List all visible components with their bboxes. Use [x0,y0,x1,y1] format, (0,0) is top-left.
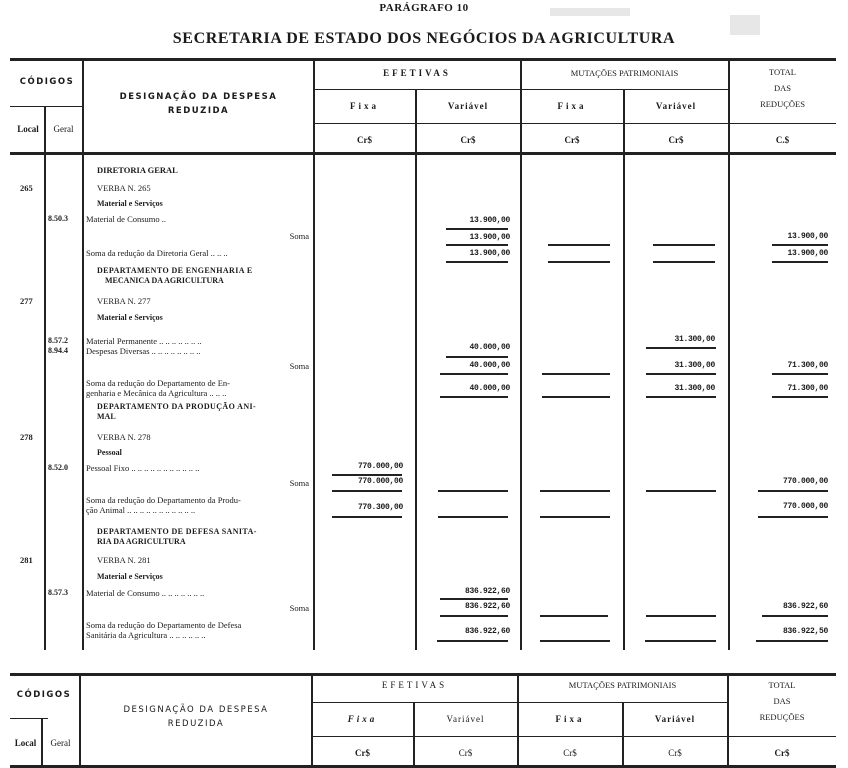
currency-mutacoes-fixa: Cr$ [521,135,623,145]
category-label: Pessoal [97,448,122,457]
department-title: DEPARTAMENTO DE ENGENHARIA E MECANICA DA… [97,266,309,286]
category-label: Material e Serviços [97,199,163,208]
underline [548,261,610,263]
underline [653,244,715,246]
header-mutacoes: MUTAÇÕES PATRIMONIAIS [518,680,727,690]
body-divider-total [728,155,730,650]
reducao-label-line1: Soma da redução do Departamento de En- [86,378,311,388]
header-efetivas-fixa: Fixa [314,101,415,111]
underline [542,396,610,398]
scan-artifact [550,8,630,16]
header-geral: Geral [45,124,82,134]
underline [446,356,508,358]
soma-total: 13.900,00 [738,232,828,241]
underline [440,598,508,600]
soma-label: Soma [200,231,309,241]
header-designacao-1: DESIGNAÇÃO DA DESPESA [81,705,311,715]
department-title-line1: DEPARTAMENTO DE ENGENHARIA E [97,266,309,276]
value-efetivas-variavel: 836.922,60 [420,587,510,596]
header-efetivas-fixa: Fixa [312,714,413,724]
value-efetivas-fixa: 770.000,00 [313,462,403,471]
underline [646,347,716,349]
department-title-line2: RIA DA AGRICULTURA [97,537,309,547]
header-efetivas: EFETIVAS [312,680,517,690]
item-label: Material de Consumo .. [86,214,166,224]
body-divider-geral [82,155,84,650]
department-title-line2: MAL [97,412,309,422]
footer-header-top-rule [10,673,836,676]
geral-code: 8.57.2 [48,336,68,345]
currency-efetivas-variavel: Cr$ [416,135,520,145]
geral-code: 8.94.4 [48,346,68,355]
soma-total: 836.922,60 [738,602,828,611]
soma-label: Soma [200,603,309,613]
underline [540,615,608,617]
underline [540,516,610,518]
currency-efetivas-fixa: Cr$ [314,135,415,145]
scan-artifact [730,15,760,35]
currency-efetivas-variavel: Cr$ [414,748,517,758]
underline [540,490,610,492]
reducao-total: 13.900,00 [738,249,828,258]
underline [548,244,610,246]
item-label: Material Permanente .. .. .. .. .. .. .. [86,336,202,346]
header-local: Local [10,738,41,748]
header-top-rule [10,58,836,61]
subhead-divider [312,702,727,703]
underline [758,516,828,518]
value-mutacoes-variavel: 31.300,00 [625,335,715,344]
department-title: DIRETORIA GERAL [97,165,178,175]
underline [446,228,508,230]
reducao-efetivas-fixa: 770.300,00 [313,503,403,512]
underline [772,373,828,375]
reducao-mutacoes-variavel: 31.300,00 [625,384,715,393]
footer-header-bottom-rule [10,765,836,768]
underline [762,615,828,617]
reducao-label: Soma da redução da Diretoria Geral .. ..… [86,248,228,258]
header-efetivas-variavel: Variável [416,101,520,111]
header-codigos: CÓDIGOS [10,690,78,700]
currency-divider [314,123,836,124]
reducao-total: 770.000,00 [738,502,828,511]
value-efetivas-variavel: 40.000,00 [420,343,510,352]
body-divider-mid [520,155,522,650]
reducao-total: 71.300,00 [738,384,828,393]
header-efetivas-variavel: Variável [414,714,517,724]
reducao-efetivas-variavel: 40.000,00 [420,384,510,393]
underline [440,373,508,375]
underline [540,640,610,642]
header-geral: Geral [42,738,79,748]
currency-mutacoes-variavel: Cr$ [623,748,727,758]
header-mutacoes: MUTAÇÕES PATRIMONIAIS [521,68,728,78]
verba-label: VERBA N. 277 [97,296,151,306]
underline [438,516,508,518]
header-codigos: CÓDIGOS [12,77,82,87]
header-designacao-1: DESIGNAÇÃO DA DESPESA [84,92,313,102]
paragraph-heading: PARÁGRAFO 10 [0,2,848,14]
header-mutacoes-variavel: Variável [623,714,727,724]
subhead-divider [314,89,729,90]
currency-mutacoes-variavel: Cr$ [624,135,728,145]
department-title-line2: MECANICA DA AGRICULTURA [97,276,309,286]
reducao-total: 836.922,50 [738,627,828,636]
verba-label: VERBA N. 278 [97,432,151,442]
verba-label: VERBA N. 281 [97,555,151,565]
reducao-label-line2: genharia e Mecânica da Agricultura .. ..… [86,388,311,398]
page-title: SECRETARIA DE ESTADO DOS NEGÓCIOS DA AGR… [0,30,848,48]
currency-divider [312,736,836,737]
header-total-2: DAS [729,83,836,93]
header-designacao-2: REDUZIDA [81,719,311,729]
soma-efetivas-variavel: 40.000,00 [420,361,510,370]
soma-label: Soma [200,361,309,371]
underline [332,516,402,518]
underline [332,490,402,492]
codigos-divider [10,106,82,107]
underline [440,396,508,398]
body-divider-mutacoes [623,155,625,650]
underline [772,244,828,246]
soma-efetivas-variavel: 13.900,00 [420,233,510,242]
body-divider-designacao [313,155,315,650]
underline [653,261,715,263]
underline [756,640,828,642]
header-mutacoes-variavel: Variável [624,101,728,111]
geral-code: 8.52.0 [48,463,68,472]
underline [437,640,508,642]
underline [446,244,508,246]
soma-label: Soma [200,478,309,488]
header-local: Local [12,124,44,134]
header-total-3: REDUÇÕES [728,712,836,722]
currency-mutacoes-fixa: Cr$ [518,748,622,758]
value-efetivas-variavel: 13.900,00 [420,216,510,225]
header-total-2: DAS [728,696,836,706]
reducao-label-line2: Sanitária da Agricultura .. .. .. .. .. … [86,630,311,640]
underline [645,640,716,642]
underline [332,474,402,476]
category-label: Material e Serviços [97,572,163,581]
underline [440,615,508,617]
currency-total: Cr$ [728,748,836,758]
underline [646,396,716,398]
currency-total: C.$ [729,135,836,145]
header-total-1: TOTAL [729,67,836,77]
category-label: Material e Serviços [97,313,163,322]
body-divider-local [44,155,46,650]
item-label: Pessoal Fixo .. .. .. .. .. .. .. .. .. … [86,463,199,473]
underline [646,373,716,375]
soma-total: 71.300,00 [738,361,828,370]
header-efetivas: EFETIVAS [314,68,520,78]
local-code: 278 [20,432,33,442]
underline [646,615,716,617]
local-code: 277 [20,296,33,306]
body-divider-efetivas [415,155,417,650]
underline [758,490,828,492]
department-title-line1: DEPARTAMENTO DA PRODUÇÃO ANI- [97,402,309,412]
header-designacao-2: REDUZIDA [84,106,313,116]
department-title: DEPARTAMENTO DA PRODUÇÃO ANI- MAL [97,402,309,422]
header-total-1: TOTAL [728,680,836,690]
reducao-label-line1: Soma da redução do Departamento de Defes… [86,620,311,630]
underline [446,261,508,263]
reducao-label: Soma da redução do Departamento da Produ… [86,495,311,515]
currency-efetivas-fixa: Cr$ [312,748,413,758]
geral-code: 8.57.3 [48,588,68,597]
local-code: 265 [20,183,33,193]
department-title: DEPARTAMENTO DE DEFESA SANITA- RIA DA AG… [97,527,309,547]
soma-total: 770.000,00 [738,477,828,486]
soma-efetivas-fixa: 770.000,00 [313,477,403,486]
header-mutacoes-fixa: Fixa [518,714,622,724]
item-label: Despesas Diversas .. .. .. .. .. .. .. .… [86,346,201,356]
reducao-label: Soma da redução do Departamento de En- g… [86,378,311,398]
underline [542,373,610,375]
header-bottom-rule [10,152,836,155]
local-code: 281 [20,555,33,565]
underline [772,396,828,398]
header-mutacoes-fixa: Fixa [521,101,623,111]
soma-mutacoes-variavel: 31.300,00 [625,361,715,370]
reducao-label: Soma da redução do Departamento de Defes… [86,620,311,640]
reducao-label-line1: Soma da redução do Departamento da Produ… [86,495,311,505]
soma-efetivas-variavel: 836.922,60 [420,602,510,611]
reducao-label-line2: ção Animal .. .. .. .. .. .. .. .. .. ..… [86,505,311,515]
underline [772,261,828,263]
department-title-line1: DEPARTAMENTO DE DEFESA SANITA- [97,527,309,537]
item-label: Material de Consumo .. .. .. .. .. .. .. [86,588,204,598]
verba-label: VERBA N. 265 [97,183,151,193]
header-total-3: REDUÇÕES [729,99,836,109]
underline [646,490,716,492]
underline [438,490,508,492]
reducao-efetivas-variavel: 836.922,60 [420,627,510,636]
geral-code: 8.50.3 [48,214,68,223]
reducao-efetivas-variavel: 13.900,00 [420,249,510,258]
